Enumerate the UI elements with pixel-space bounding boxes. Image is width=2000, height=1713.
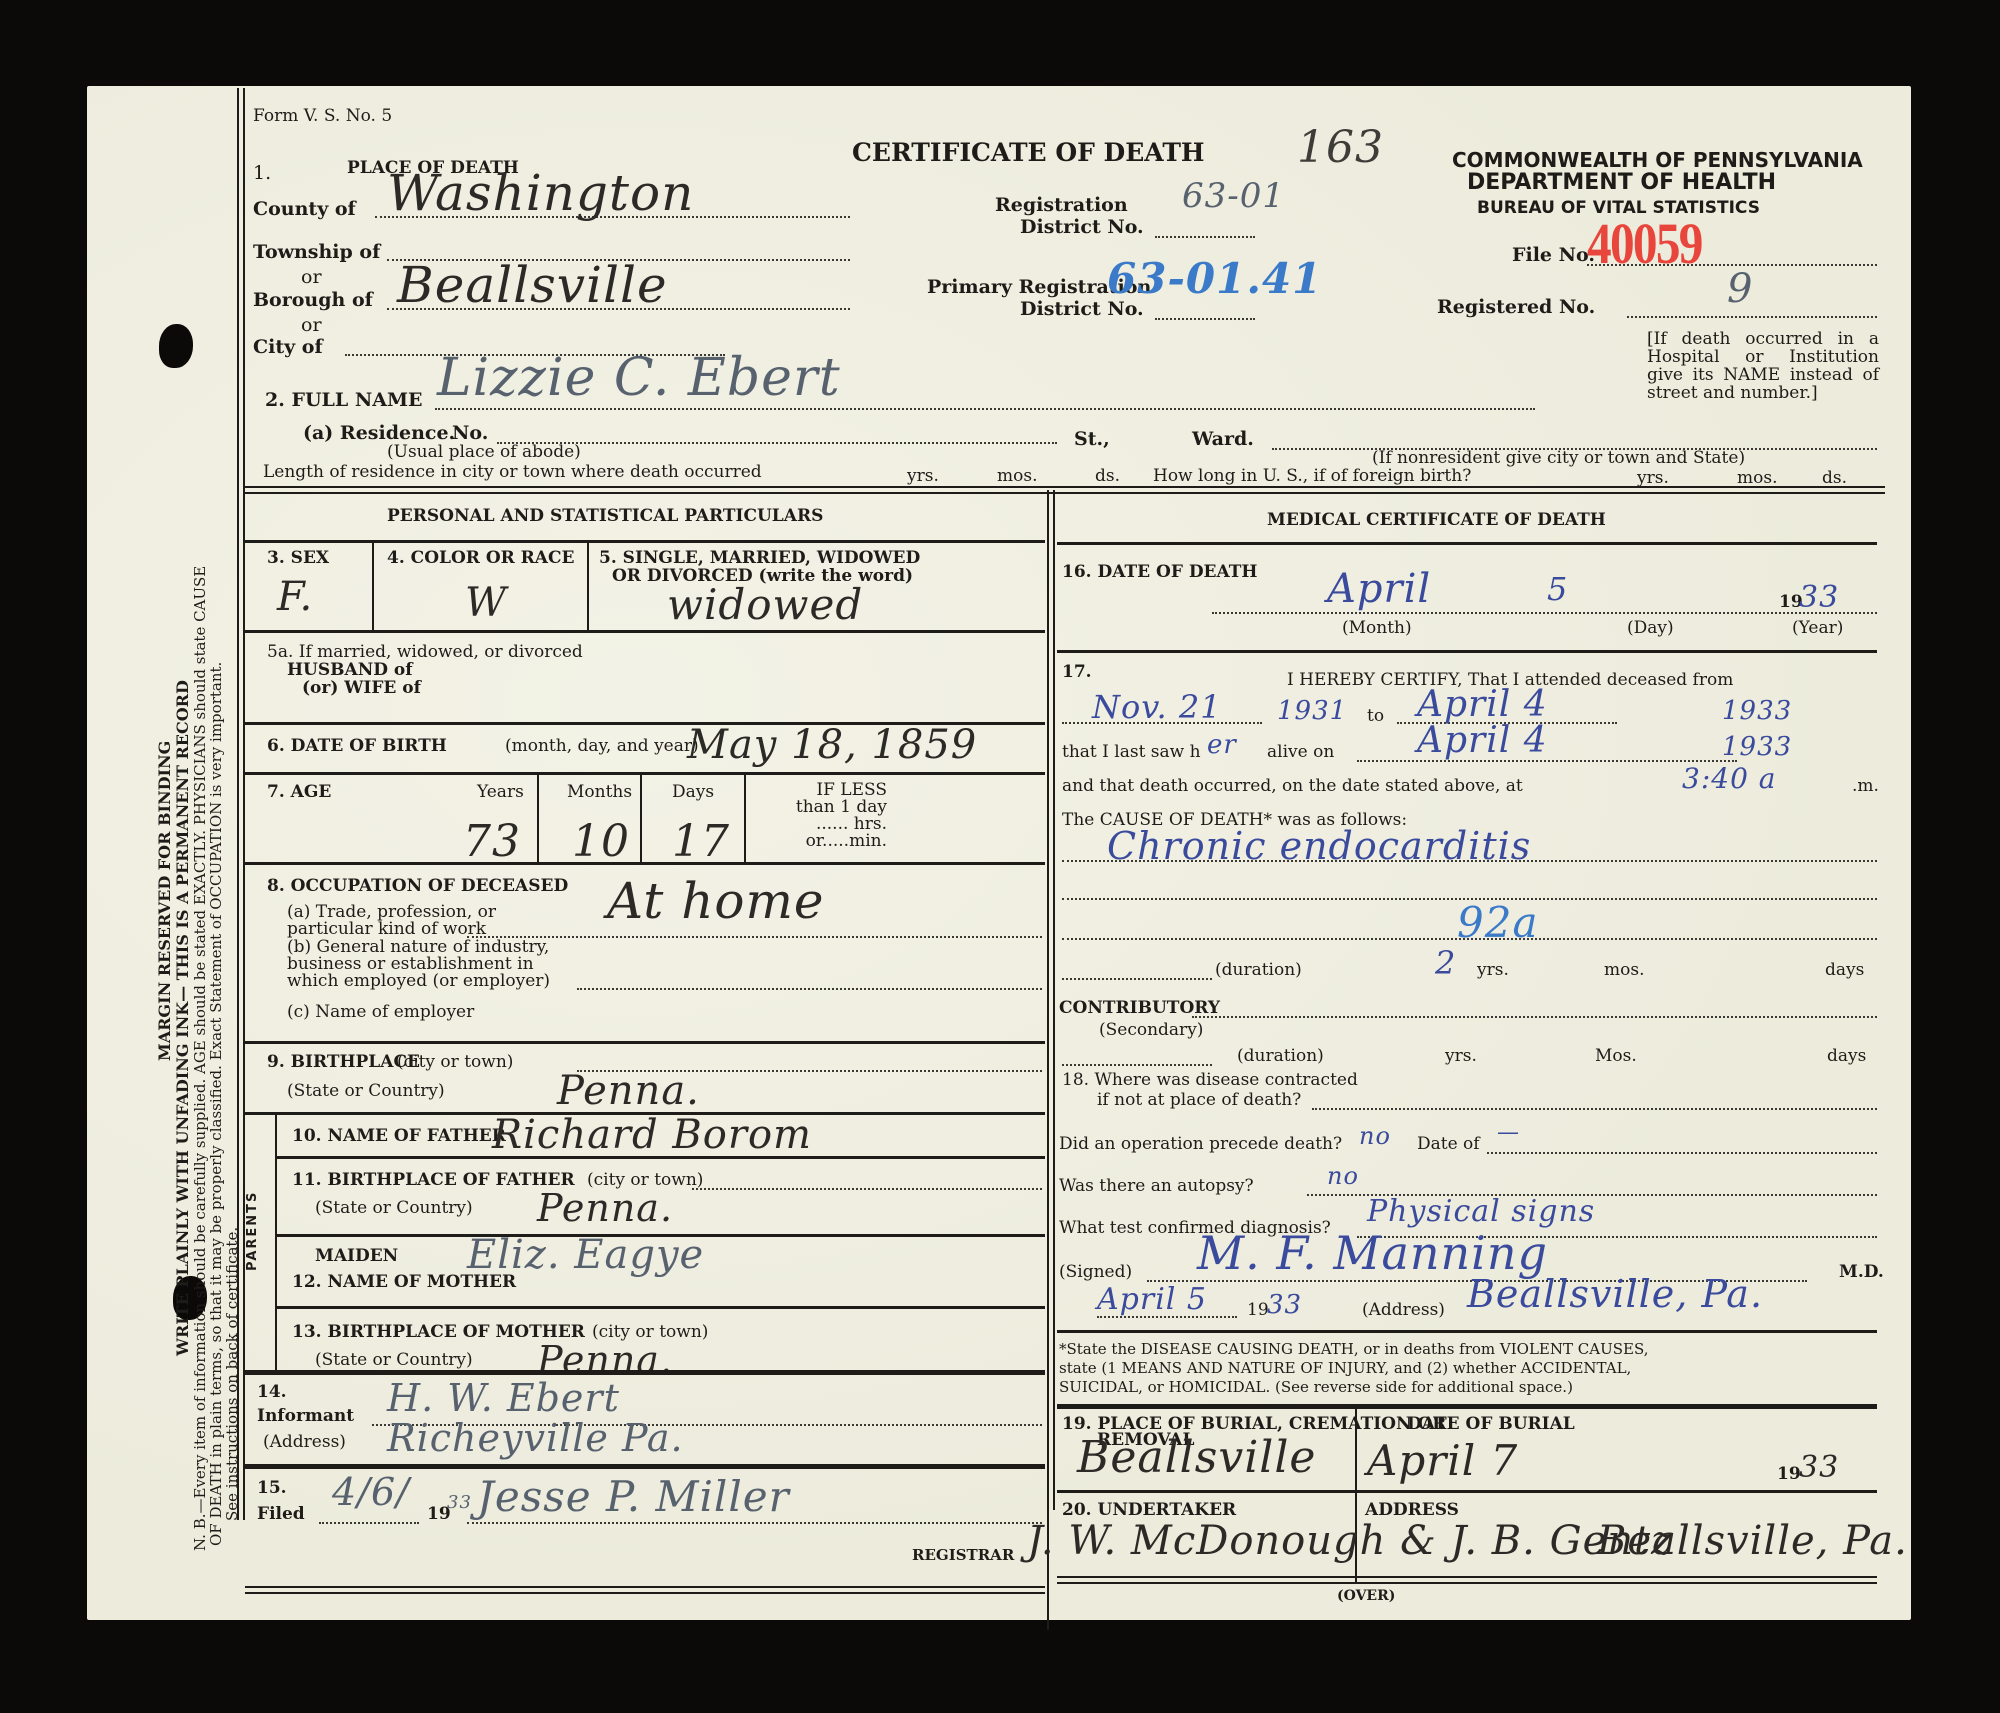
agency-commonwealth: COMMONWEALTH OF PENNSYLVANIA bbox=[1452, 148, 1863, 172]
attended-from-year: 1931 bbox=[1277, 696, 1347, 726]
filed-date-value: 4/6/ bbox=[332, 1470, 410, 1514]
hospital-note: [If death occurred in a Hospital or Inst… bbox=[1647, 330, 1879, 402]
agency-department: DEPARTMENT OF HEALTH bbox=[1467, 170, 1776, 195]
occupation-value: At home bbox=[607, 872, 825, 930]
undertaker-value: J. W. McDonough & J. B. Gentz bbox=[1027, 1518, 1673, 1564]
attended-to-year: 1933 bbox=[1722, 696, 1792, 726]
death-certificate-document: MARGIN RESERVED FOR BINDING WRITE PLAINL… bbox=[87, 86, 1911, 1620]
full-name-value: Lizzie C. Ebert bbox=[437, 348, 841, 408]
burial-date-value: April 7 bbox=[1367, 1436, 1518, 1485]
primary-district-value: 63-01.41 bbox=[1107, 254, 1322, 303]
registered-number-value: 9 bbox=[1727, 266, 1753, 312]
age-days-value: 17 bbox=[672, 816, 730, 867]
cause-of-death-value: Chronic endocarditis bbox=[1107, 824, 1531, 868]
mother-name-value: Eliz. Eagye bbox=[467, 1232, 704, 1278]
death-time-value: 3:40 a bbox=[1682, 762, 1776, 795]
signed-year: 33 bbox=[1267, 1290, 1302, 1320]
date-of-birth-value: May 18, 1859 bbox=[687, 722, 977, 768]
footnote-line1: *State the DISEASE CAUSING DEATH, or in … bbox=[1059, 1340, 1874, 1359]
death-month-value: April bbox=[1327, 566, 1431, 612]
father-birthplace-value: Penna. bbox=[537, 1186, 673, 1230]
margin-permanent-record: WRITE PLAINLY WITH UNFADING INK— THIS IS… bbox=[173, 680, 192, 1356]
duration-years-value: 2 bbox=[1435, 944, 1456, 982]
informant-name-value: H. W. Ebert bbox=[387, 1376, 620, 1420]
sex-value: F. bbox=[277, 574, 313, 620]
medical-heading: MEDICAL CERTIFICATE OF DEATH bbox=[1267, 510, 1606, 530]
operation-value: no bbox=[1359, 1122, 1391, 1150]
diagnosis-test-value: Physical signs bbox=[1367, 1194, 1595, 1229]
last-saw-year: 1933 bbox=[1722, 732, 1792, 762]
footnote-line2: state (1 MEANS AND NATURE OF INJURY, and… bbox=[1059, 1359, 1874, 1378]
last-saw-date-value: April 4 bbox=[1417, 720, 1548, 761]
parents-label: PARENTS bbox=[245, 1191, 260, 1271]
race-value: W bbox=[465, 580, 507, 626]
physician-address-value: Beallsville, Pa. bbox=[1467, 1272, 1763, 1316]
margin-binding-note: MARGIN RESERVED FOR BINDING bbox=[155, 741, 174, 1061]
birthplace-value: Penna. bbox=[557, 1068, 700, 1114]
informant-address-value: Richeyville Pa. bbox=[387, 1416, 684, 1460]
undertaker-address-value: Beallsville, Pa. bbox=[1597, 1518, 1908, 1564]
registration-district-value: 63-01 bbox=[1182, 176, 1285, 216]
death-day-value: 5 bbox=[1547, 570, 1568, 608]
certificate-title: CERTIFICATE OF DEATH bbox=[852, 138, 1205, 167]
death-year-value: 33 bbox=[1799, 580, 1839, 615]
form-id: Form V. S. No. 5 bbox=[253, 106, 392, 126]
over-label: (OVER) bbox=[1337, 1588, 1395, 1604]
county-value: Washington bbox=[387, 164, 694, 222]
registrar-signature: Jesse P. Miller bbox=[477, 1472, 790, 1521]
handwritten-number: 163 bbox=[1297, 122, 1384, 173]
file-number-stamp: 40059 bbox=[1587, 210, 1702, 277]
autopsy-value: no bbox=[1327, 1162, 1359, 1190]
personal-heading: PERSONAL AND STATISTICAL PARTICULARS bbox=[387, 506, 823, 526]
binding-hole bbox=[159, 324, 193, 368]
footnote-line3: SUICIDAL, or HOMICIDAL. (See reverse sid… bbox=[1059, 1378, 1874, 1397]
borough-value: Beallsville bbox=[397, 256, 668, 314]
age-years-value: 73 bbox=[463, 816, 521, 867]
signed-date-value: April 5 bbox=[1097, 1282, 1207, 1317]
burial-year: 33 bbox=[1799, 1450, 1839, 1485]
age-months-value: 10 bbox=[572, 816, 630, 867]
burial-place-value: Beallsville bbox=[1077, 1432, 1316, 1483]
cause-code-value: 92a bbox=[1457, 898, 1538, 947]
father-name-value: Richard Borom bbox=[492, 1112, 812, 1158]
attended-to-value: April 4 bbox=[1417, 684, 1548, 725]
marital-status-value: widowed bbox=[667, 580, 863, 629]
attended-from-value: Nov. 21 bbox=[1092, 688, 1222, 726]
